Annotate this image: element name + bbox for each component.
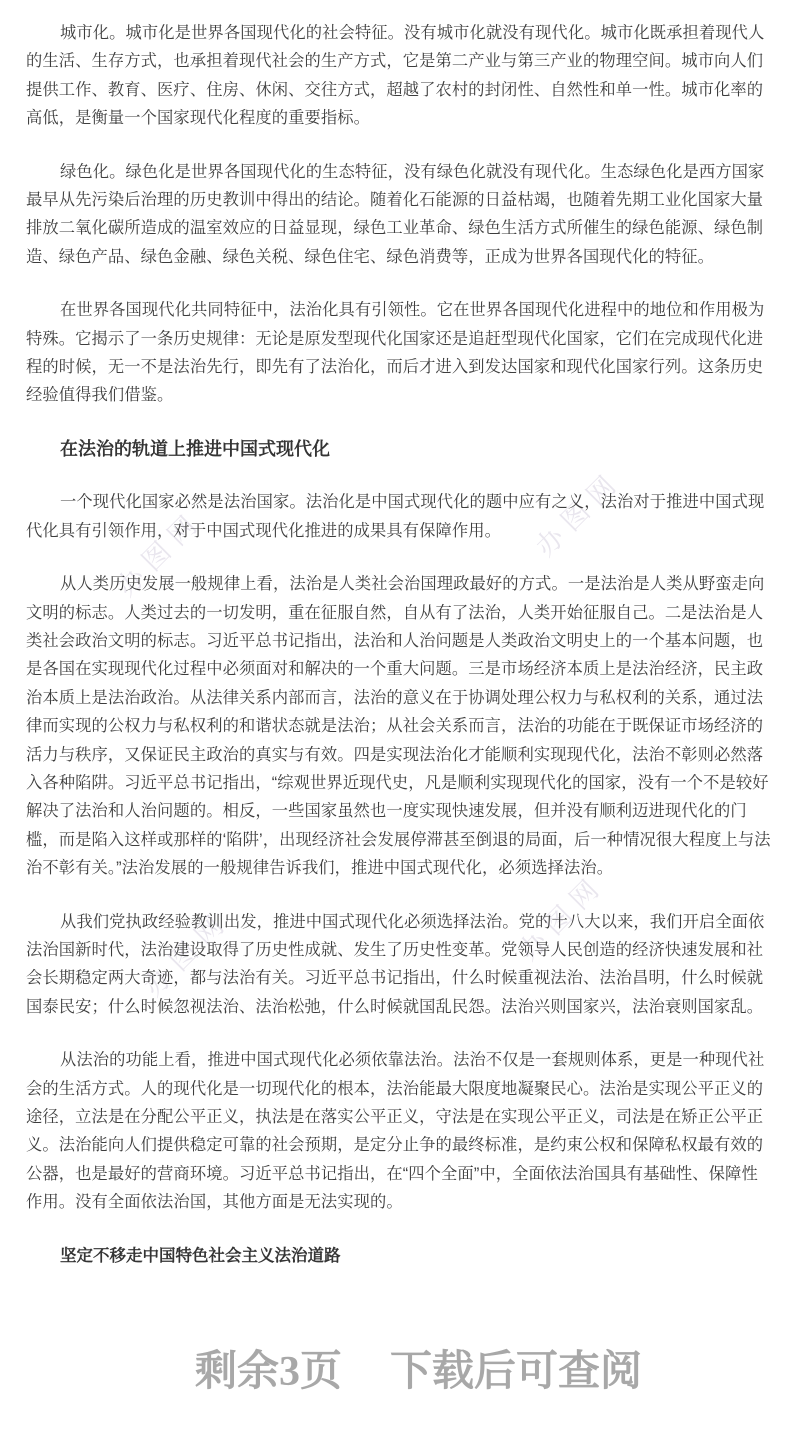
body-paragraph: 从法治的功能上看，推进中国式现代化必须依靠法治。法治不仅是一套规则体系，更是一种… — [26, 1046, 774, 1216]
pages-remaining-notice: 剩余3页 下载后可查阅 — [0, 1347, 800, 1397]
body-paragraph: 从我们党执政经验教训出发，推进中国式现代化必须选择法治。党的十八大以来，我们开启… — [26, 908, 774, 1022]
body-paragraph: 一个现代化国家必然是法治国家。法治化是中国式现代化的题中应有之义，法治对于推进中… — [26, 488, 774, 545]
section-heading: 在法治的轨道上推进中国式现代化 — [26, 435, 774, 463]
download-hint-label: 下载后可查阅 — [390, 1347, 642, 1397]
remaining-pages-label: 剩余3页 — [195, 1347, 342, 1397]
document-page: 办图网 办图网 办图网 办图网 城市化。城市化是世界各国现代化的社会特征。没有城… — [0, 0, 800, 1454]
body-paragraph: 在世界各国现代化共同特征中，法治化具有引领性。它在世界各国现代化进程中的地位和作… — [26, 296, 774, 410]
document-content: 城市化。城市化是世界各国现代化的社会特征。没有城市化就没有现代化。城市化既承担着… — [0, 0, 800, 1270]
body-paragraph: 城市化。城市化是世界各国现代化的社会特征。没有城市化就没有现代化。城市化既承担着… — [26, 19, 774, 133]
body-paragraph: 从人类历史发展一般规律上看，法治是人类社会治国理政最好的方式。一是法治是人类从野… — [26, 570, 774, 882]
body-paragraph: 绿色化。绿色化是世界各国现代化的生态特征，没有绿色化就没有现代化。生态绿色化是西… — [26, 158, 774, 272]
section-heading: 坚定不移走中国特色社会主义法治道路 — [26, 1242, 774, 1270]
